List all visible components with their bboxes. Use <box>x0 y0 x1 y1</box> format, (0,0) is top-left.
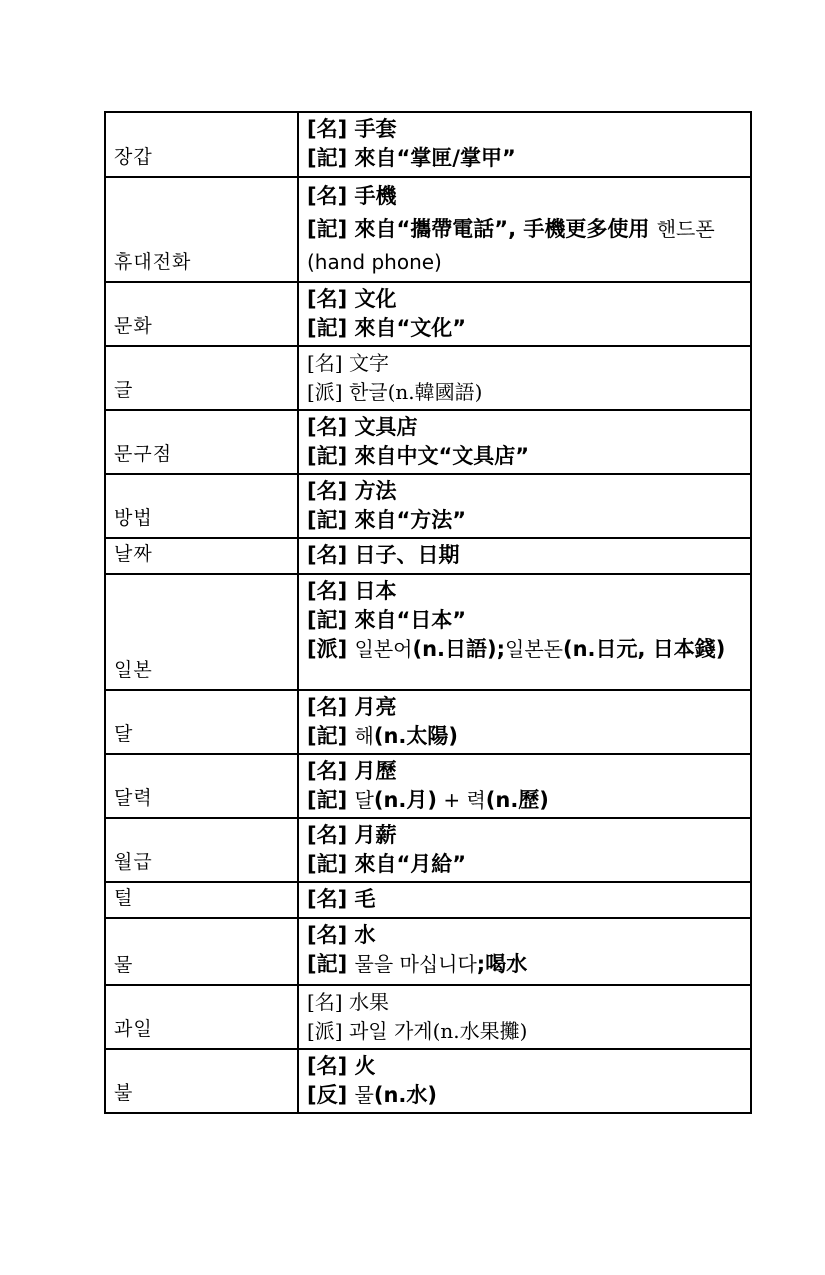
korean-word-cell: 문화 <box>105 282 298 346</box>
definition-line: [記] 해(n.太陽) <box>307 722 744 751</box>
definition-line: [名] 火 <box>307 1052 744 1081</box>
document-page: 장갑[名] 手套[記] 來自“掌匣/掌甲”휴대전화[名] 手機[記] 來自“攜帶… <box>0 0 825 1275</box>
korean-word: 달력 <box>114 787 153 809</box>
definition-segment: (n.日元, 日本錢) <box>563 637 725 661</box>
definition-segment: (n.歷) <box>486 788 549 812</box>
definition-segment: [記] <box>307 788 355 812</box>
definition-segment: [名] 月亮 <box>307 695 397 719</box>
korean-word-cell: 과일 <box>105 985 298 1049</box>
korean-word-cell: 문구점 <box>105 410 298 474</box>
definition-line: [名] 手機 <box>307 180 744 213</box>
definition-segment: 물을 마십니다 <box>355 952 477 976</box>
definition-line: [記] 來自“掌匣/掌甲” <box>307 144 744 173</box>
definition-segment: [名] 日本 <box>307 579 397 603</box>
definition-segment: [名] 水果 <box>307 990 389 1014</box>
definition-line: [反] 물(n.水) <box>307 1081 744 1110</box>
table-row: 휴대전화[名] 手機[記] 來自“攜帶電話”, 手機更多使用 핸드폰(hand … <box>105 177 751 282</box>
definition-segment: [記] <box>307 952 355 976</box>
korean-word: 방법 <box>114 507 153 529</box>
definition-cell: [名] 日本[記] 來自“日本”[派] 일본어(n.日語);일본돈(n.日元, … <box>298 574 751 690</box>
definition-line: [派] 과일 가게(n.水果攤) <box>307 1017 744 1046</box>
definition-cell: [名] 月歷[記] 달(n.月) + 력(n.歷) <box>298 754 751 818</box>
korean-word: 털 <box>114 887 133 909</box>
definition-line: [名] 月歷 <box>307 757 744 786</box>
definition-segment: [名] 月薪 <box>307 823 397 847</box>
definition-segment: [派] 한글(n.韓國語) <box>307 380 482 404</box>
definition-line: [名] 方法 <box>307 477 744 506</box>
korean-word-cell: 장갑 <box>105 112 298 177</box>
definition-line: [記] 물을 마십니다;喝水 <box>307 950 744 979</box>
definition-segment: [名] 月歷 <box>307 759 397 783</box>
definition-segment: [名] 手機 <box>307 184 397 208</box>
definition-cell: [名] 手機[記] 來自“攜帶電話”, 手機更多使用 핸드폰(hand phon… <box>298 177 751 282</box>
table-row: 글[名] 文字[派] 한글(n.韓國語) <box>105 346 751 410</box>
definition-segment: [記] 來自“攜帶電話”, 手機更多使用 <box>307 217 657 241</box>
definition-segment: 일본어 <box>355 637 413 661</box>
korean-word: 장갑 <box>114 146 153 168</box>
table-row: 털[名] 毛 <box>105 882 751 918</box>
definition-line: [名] 文字 <box>307 349 744 378</box>
definition-line: [記] 來自“月給” <box>307 850 744 879</box>
korean-word-cell: 방법 <box>105 474 298 538</box>
definition-segment: [名] 方法 <box>307 479 397 503</box>
definition-cell: [名] 文具店[記] 來自中文“文具店” <box>298 410 751 474</box>
definition-segment: [反] <box>307 1083 355 1107</box>
definition-segment: (n.日語); <box>412 637 505 661</box>
definition-cell: [名] 月亮[記] 해(n.太陽) <box>298 690 751 754</box>
korean-word: 문구점 <box>114 443 172 465</box>
definition-segment: 력 <box>466 788 485 812</box>
table-row: 물[名] 水[記] 물을 마십니다;喝水 <box>105 918 751 985</box>
korean-word: 월급 <box>114 851 153 873</box>
table-row: 날짜[名] 日子、日期 <box>105 538 751 574</box>
definition-cell: [名] 水[記] 물을 마십니다;喝水 <box>298 918 751 985</box>
definition-line: [名] 月亮 <box>307 693 744 722</box>
definition-line: [名] 毛 <box>307 885 744 914</box>
definition-cell: [名] 文字[派] 한글(n.韓國語) <box>298 346 751 410</box>
table-row: 달력[名] 月歷[記] 달(n.月) + 력(n.歷) <box>105 754 751 818</box>
table-row: 달[名] 月亮[記] 해(n.太陽) <box>105 690 751 754</box>
korean-word: 글 <box>114 379 133 401</box>
definition-segment: (n.水) <box>374 1083 437 1107</box>
definition-line: [記] 來自中文“文具店” <box>307 442 744 471</box>
definition-line: [名] 水果 <box>307 988 744 1017</box>
definition-segment: [派] 과일 가게(n.水果攤) <box>307 1019 527 1043</box>
definition-cell: [名] 毛 <box>298 882 751 918</box>
korean-word: 날짜 <box>114 543 153 565</box>
korean-word-cell: 휴대전화 <box>105 177 298 282</box>
korean-word: 불 <box>114 1082 133 1104</box>
table-row: 불[名] 火[反] 물(n.水) <box>105 1049 751 1113</box>
korean-word-cell: 일본 <box>105 574 298 690</box>
definition-segment: (n.太陽) <box>374 724 458 748</box>
definition-segment: [記] 來自“方法” <box>307 508 466 532</box>
definition-cell: [名] 日子、日期 <box>298 538 751 574</box>
definition-segment: [名] 文化 <box>307 287 397 311</box>
definition-segment: (n.月) <box>374 788 437 812</box>
definition-segment: [記] 來自中文“文具店” <box>307 444 529 468</box>
vocab-table-body: 장갑[名] 手套[記] 來自“掌匣/掌甲”휴대전화[名] 手機[記] 來自“攜帶… <box>105 112 751 1113</box>
korean-word-cell: 불 <box>105 1049 298 1113</box>
vocab-table: 장갑[名] 手套[記] 來自“掌匣/掌甲”휴대전화[名] 手機[記] 來自“攜帶… <box>104 111 752 1114</box>
definition-line: [名] 文具店 <box>307 413 744 442</box>
definition-line: [派] 일본어(n.日語);일본돈(n.日元, 日本錢) <box>307 635 744 664</box>
korean-word-cell: 날짜 <box>105 538 298 574</box>
korean-word: 휴대전화 <box>114 251 191 273</box>
korean-word: 과일 <box>114 1018 153 1040</box>
definition-segment: [名] 日子、日期 <box>307 543 460 567</box>
definition-segment: 달 <box>355 788 374 812</box>
definition-segment: [名] 毛 <box>307 887 376 911</box>
table-row: 월급[名] 月薪[記] 來自“月給” <box>105 818 751 882</box>
definition-segment: [名] 火 <box>307 1054 376 1078</box>
definition-segment: [名] 文具店 <box>307 415 418 439</box>
korean-word: 달 <box>114 723 133 745</box>
korean-word-cell: 털 <box>105 882 298 918</box>
definition-cell: [名] 方法[記] 來自“方法” <box>298 474 751 538</box>
definition-cell: [名] 文化[記] 來自“文化” <box>298 282 751 346</box>
definition-cell: [名] 手套[記] 來自“掌匣/掌甲” <box>298 112 751 177</box>
definition-line: [名] 水 <box>307 921 744 950</box>
definition-line: [記] 來自“日本” <box>307 606 744 635</box>
korean-word-cell: 월급 <box>105 818 298 882</box>
definition-cell: [名] 火[反] 물(n.水) <box>298 1049 751 1113</box>
definition-line: [名] 文化 <box>307 285 744 314</box>
definition-segment: 일본돈 <box>505 637 563 661</box>
definition-line: [名] 月薪 <box>307 821 744 850</box>
korean-word: 일본 <box>114 659 153 681</box>
definition-segment: [名] 手套 <box>307 117 397 141</box>
definition-line: [記] 來自“文化” <box>307 314 744 343</box>
table-row: 방법[名] 方法[記] 來自“方法” <box>105 474 751 538</box>
korean-word: 문화 <box>114 315 153 337</box>
definition-line: [派] 한글(n.韓國語) <box>307 378 744 407</box>
definition-cell: [名] 月薪[記] 來自“月給” <box>298 818 751 882</box>
definition-segment: + <box>437 788 466 812</box>
definition-segment: [記] 來自“文化” <box>307 316 466 340</box>
korean-word: 물 <box>114 954 133 976</box>
definition-line: [記] 來自“方法” <box>307 506 744 535</box>
definition-segment: [記] 來自“掌匣/掌甲” <box>307 146 516 170</box>
table-row: 문화[名] 文化[記] 來自“文化” <box>105 282 751 346</box>
definition-segment: ;喝水 <box>477 952 527 976</box>
table-row: 과일[名] 水果[派] 과일 가게(n.水果攤) <box>105 985 751 1049</box>
korean-word-cell: 달 <box>105 690 298 754</box>
table-row: 일본[名] 日本[記] 來自“日本”[派] 일본어(n.日語);일본돈(n.日元… <box>105 574 751 690</box>
definition-segment: [記] <box>307 724 355 748</box>
definition-segment: [名] 文字 <box>307 351 389 375</box>
korean-word-cell: 물 <box>105 918 298 985</box>
definition-line: [記] 달(n.月) + 력(n.歷) <box>307 786 744 815</box>
korean-word-cell: 달력 <box>105 754 298 818</box>
definition-line: [名] 日子、日期 <box>307 541 744 570</box>
definition-segment: [記] 來自“月給” <box>307 852 466 876</box>
definition-segment: [名] 水 <box>307 923 376 947</box>
definition-line: [記] 來自“攜帶電話”, 手機更多使用 핸드폰(hand phone) <box>307 213 744 279</box>
definition-segment: 물 <box>355 1083 374 1107</box>
table-row: 장갑[名] 手套[記] 來自“掌匣/掌甲” <box>105 112 751 177</box>
definition-line: [名] 手套 <box>307 115 744 144</box>
korean-word-cell: 글 <box>105 346 298 410</box>
definition-cell: [名] 水果[派] 과일 가게(n.水果攤) <box>298 985 751 1049</box>
definition-segment: [派] <box>307 637 355 661</box>
definition-segment: [記] 來自“日本” <box>307 608 466 632</box>
definition-line: [名] 日本 <box>307 577 744 606</box>
table-row: 문구점[名] 文具店[記] 來自中文“文具店” <box>105 410 751 474</box>
definition-segment: 해 <box>355 724 374 748</box>
